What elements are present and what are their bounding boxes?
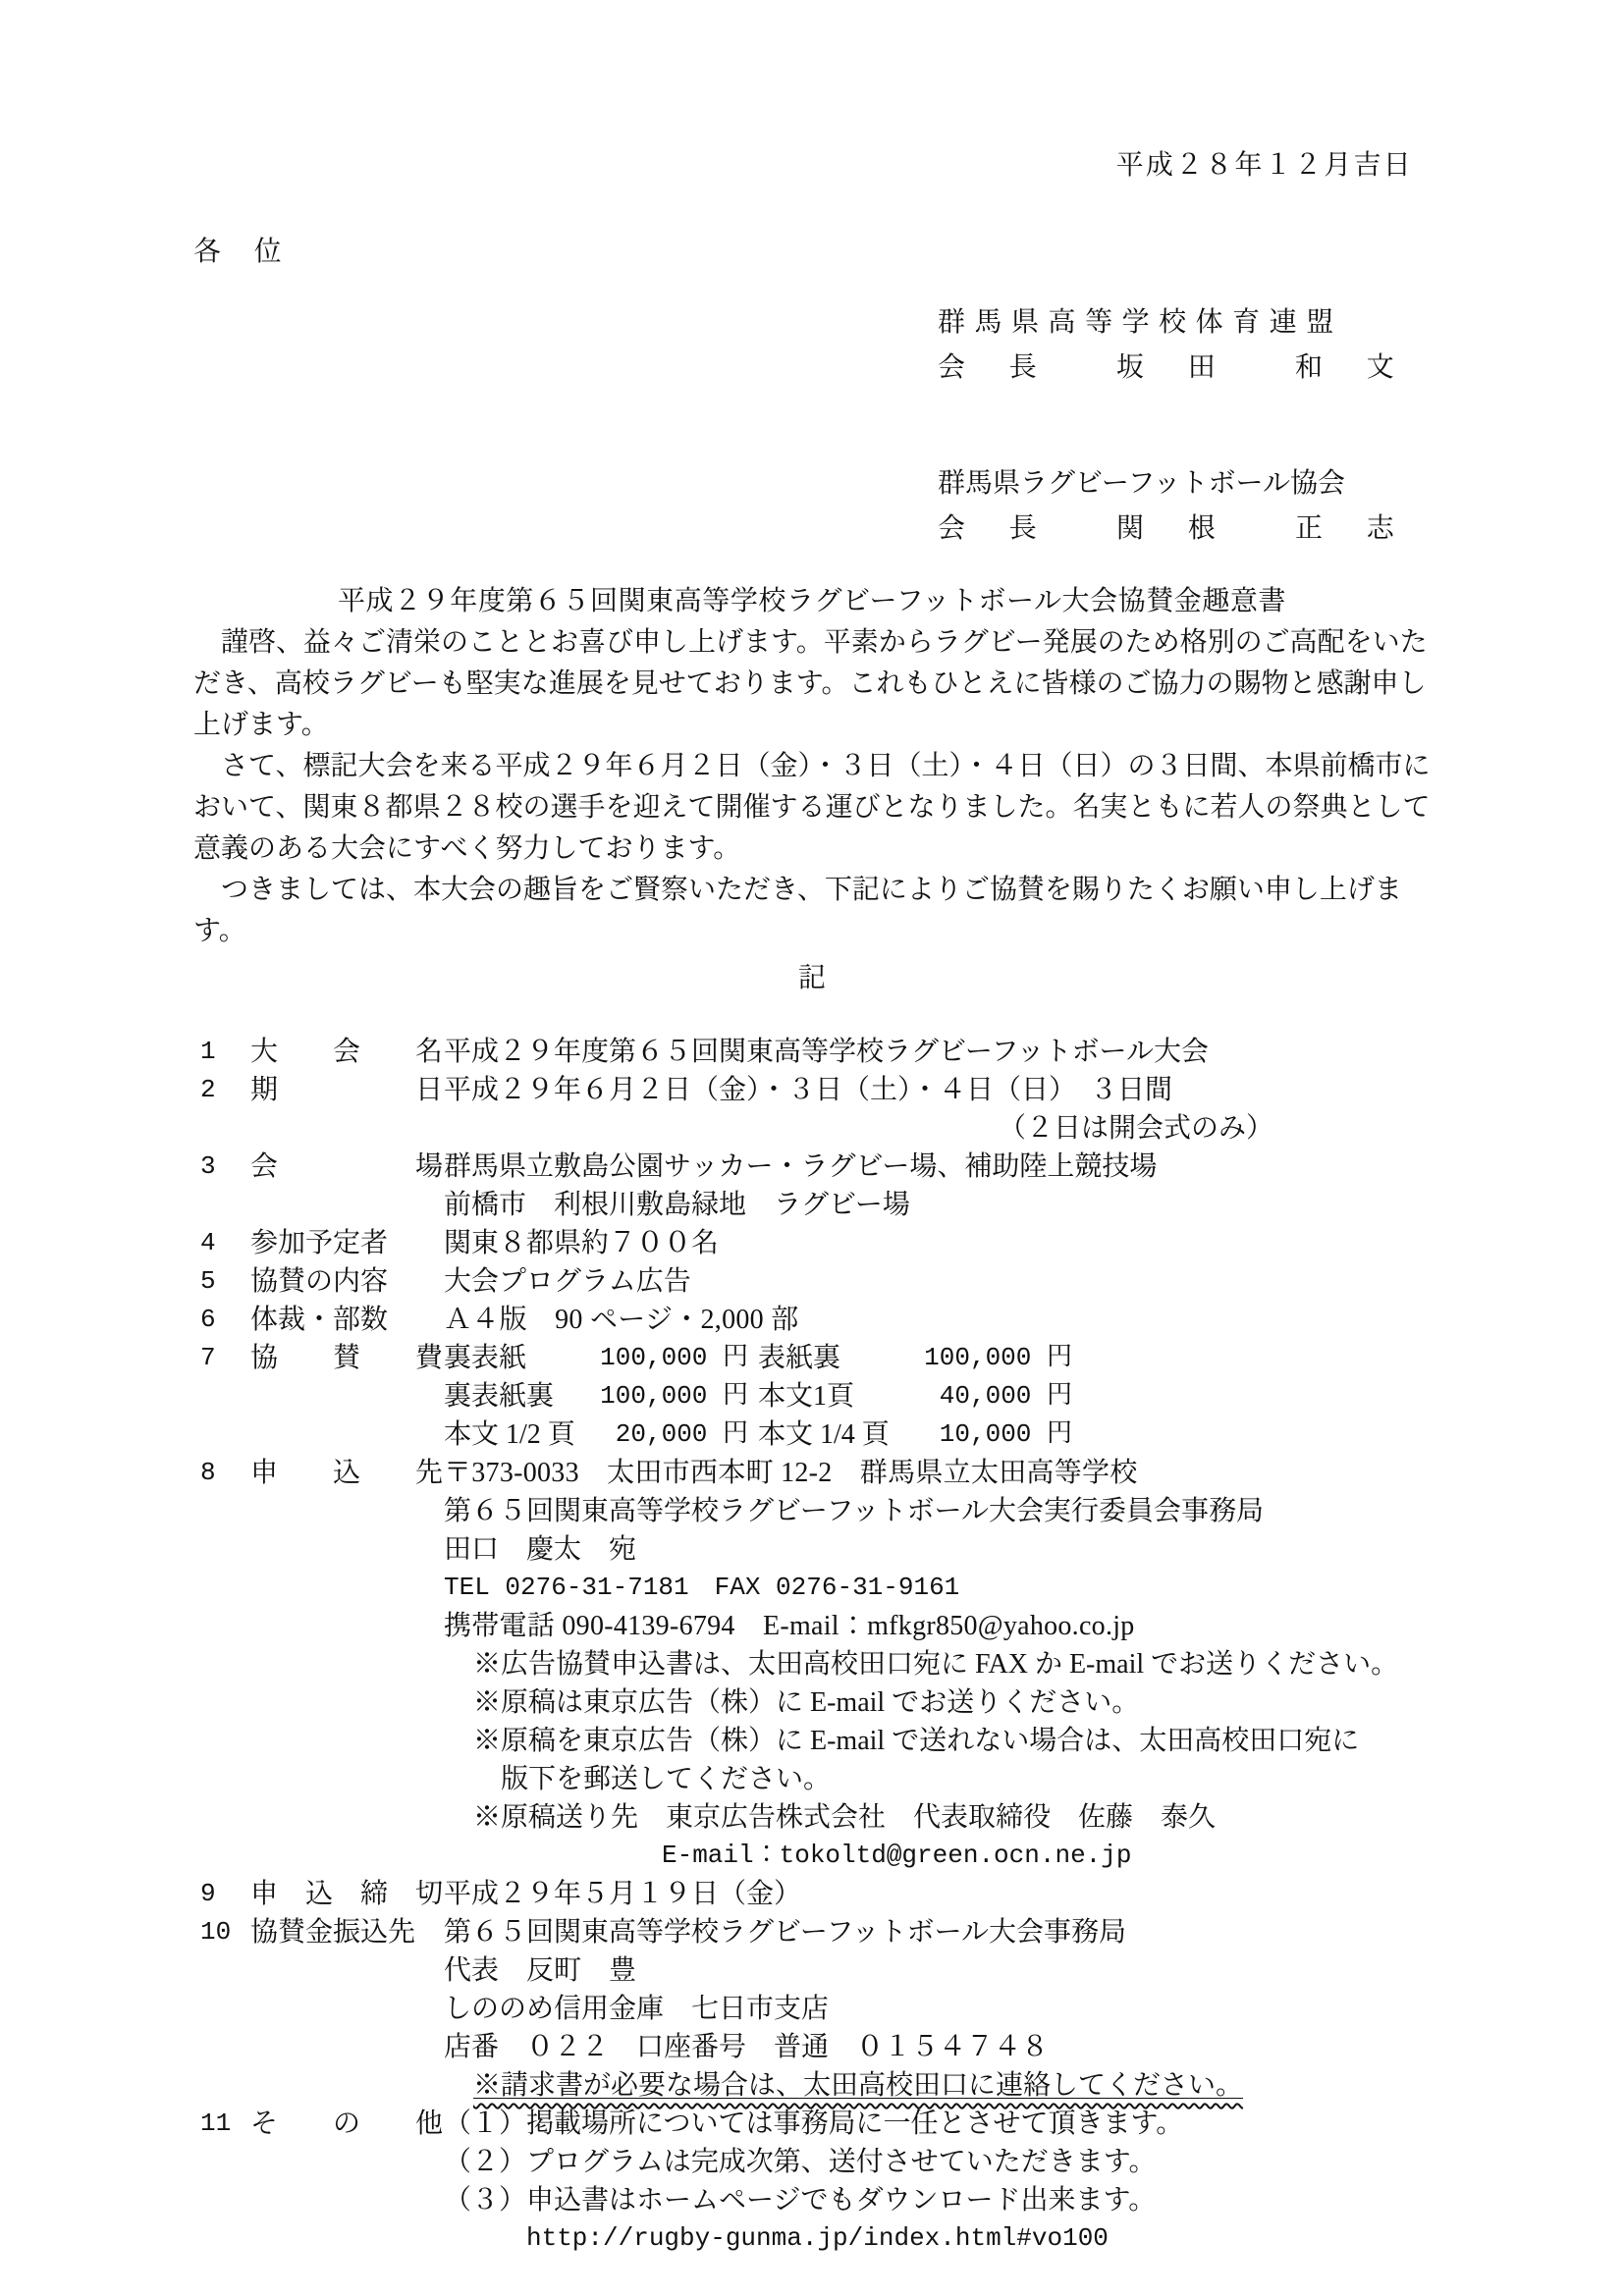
list-item-others: 11 そ の 他 （１）掲載場所については事務局に一任とさせて頂きます。 （２）…	[193, 2105, 1431, 2258]
item-value: Ａ４版 90 ページ・2,000 部	[444, 1301, 1431, 1339]
item-number: 9	[193, 1875, 250, 1913]
note-manuscript-destination: ※原稿送り先 東京広告株式会社 代表取締役 佐藤 泰久	[444, 1798, 1431, 1837]
postal-address: 〒373-0033 太田市西本町 12-2 群馬県立太田高等学校	[444, 1454, 1431, 1492]
fee-amount: 10,000 円	[915, 1415, 1072, 1454]
transfer-office-name: 第６５回関東高等学校ラグビーフットボール大会事務局	[444, 1913, 1431, 1951]
item-number: 2	[193, 1071, 250, 1148]
fee-label: 裏表紙裏	[444, 1377, 591, 1415]
paragraph-greeting: 謹啓、益々ご清栄のこととお喜び申し上げます。平素からラグビー発展のため格別のご高…	[193, 622, 1431, 746]
item-value: 大会プログラム広告	[444, 1262, 1431, 1301]
sender2-organization: 群馬県ラグビーフットボール協会	[938, 461, 1431, 507]
body-paragraphs: 謹啓、益々ご清栄のこととお喜び申し上げます。平素からラグビー発展のため格別のご高…	[193, 622, 1431, 952]
note-application-form: ※広告協賛申込書は、太田高校田口宛に FAX か E-mail でお送りください…	[444, 1645, 1431, 1683]
list-item-sponsorship-fees: 7 協 賛 費 裏表紙 100,000 円 表紙裏 100,000 円 裏表紙裏…	[193, 1339, 1431, 1454]
other-note-program-delivery: （２）プログラムは完成次第、送付させていただきます。	[444, 2143, 1431, 2181]
document-date: 平成２８年１２月吉日	[193, 147, 1431, 185]
record-marker: 記	[193, 960, 1431, 997]
sender-block-athletic-federation: 群馬県高等学校体育連盟 会 長 坂 田 和 文	[938, 300, 1431, 391]
item-number: 7	[193, 1339, 250, 1454]
item-label: 申 込 締 切	[250, 1875, 444, 1913]
fee-label: 裏表紙	[444, 1339, 591, 1377]
paragraph-request: つきましては、本大会の趣旨をご賢察いただき、下記によりご協賛を賜りたくお願い申し…	[193, 870, 1431, 952]
fee-label: 表紙裏	[748, 1339, 915, 1377]
list-item-venue: 3 会 場 群馬県立敷島公園サッカー・ラグビー場、補助陸上競技場 前橋市 利根川…	[193, 1148, 1431, 1224]
item-label: 協賛の内容	[250, 1262, 444, 1301]
items-list: 1 大 会 名 平成２９年度第６５回関東高等学校ラグビーフットボール大会 2 期…	[193, 1033, 1431, 2258]
list-item-format-copies: 6 体裁・部数 Ａ４版 90 ページ・2,000 部	[193, 1301, 1431, 1339]
item-value: 関東８都県約７００名	[444, 1224, 1431, 1262]
document-page: 平成２８年１２月吉日 各 位 群馬県高等学校体育連盟 会 長 坂 田 和 文 群…	[0, 0, 1624, 2296]
item-number: 5	[193, 1262, 250, 1301]
mobile-and-email: 携帯電話 090-4139-6794 E-mail：mfkgr850@yahoo…	[444, 1607, 1431, 1645]
fee-label: 本文 1/4 頁	[748, 1415, 915, 1454]
item-label: 期 日	[250, 1071, 444, 1148]
note-manuscript-mail-alt-cont: 版下を郵送してください。	[444, 1760, 1431, 1798]
item-label: そ の 他	[250, 2105, 444, 2258]
note-invoice-text: ※請求書が必要な場合は、太田高校田口に連絡してください。	[473, 2070, 1243, 2101]
bank-branch: しののめ信用金庫 七日市支店	[444, 1990, 1431, 2028]
sender2-president: 会 長 関 根 正 志	[938, 507, 1431, 552]
item-number: 10	[193, 1913, 250, 2105]
item-number: 4	[193, 1224, 250, 1262]
list-item-application-address: 8 申 込 先 〒373-0033 太田市西本町 12-2 群馬県立太田高等学校…	[193, 1454, 1431, 1875]
item-number: 6	[193, 1301, 250, 1339]
fee-table: 裏表紙 100,000 円 表紙裏 100,000 円 裏表紙裏 100,000…	[444, 1339, 1431, 1454]
tokyo-koukoku-email: E-mail：tokoltd@green.ocn.ne.jp	[444, 1837, 1431, 1875]
account-number: 店番 ０２２ 口座番号 普通 ０１５４７４８	[444, 2028, 1431, 2066]
fee-amount: 40,000 円	[915, 1377, 1072, 1415]
item-number: 1	[193, 1033, 250, 1071]
item-label: 申 込 先	[250, 1454, 444, 1875]
item-label: 参加予定者	[250, 1224, 444, 1262]
list-item-tournament-name: 1 大 会 名 平成２９年度第６５回関東高等学校ラグビーフットボール大会	[193, 1033, 1431, 1071]
fee-label: 本文 1/2 頁	[444, 1415, 591, 1454]
list-item-participants: 4 参加予定者 関東８都県約７００名	[193, 1224, 1431, 1262]
homepage-url: http://rugby-gunma.jp/index.html#vo100	[444, 2219, 1431, 2258]
paragraph-event-outline: さて、標記大会を来る平成２９年６月２日（金）・３日（土）・４日（日）の３日間、本…	[193, 746, 1431, 870]
document-title: 平成２９年度第６５回関東高等学校ラグビーフットボール大会協賛金趣意書	[193, 583, 1431, 620]
list-item-sponsorship-content: 5 協賛の内容 大会プログラム広告	[193, 1262, 1431, 1301]
note-invoice: ※請求書が必要な場合は、太田高校田口に連絡してください。	[444, 2066, 1431, 2105]
sender1-president: 会 長 坂 田 和 文	[938, 346, 1431, 391]
fee-row-back-cover: 裏表紙 100,000 円 表紙裏 100,000 円	[444, 1339, 1431, 1377]
list-item-bank-transfer: 10 協賛金振込先 第６５回関東高等学校ラグビーフットボール大会事務局 代表 反…	[193, 1913, 1431, 2105]
item-label: 協 賛 費	[250, 1339, 444, 1454]
tel-fax-numbers: TEL 0276-31-7181 FAX 0276-31-9161	[444, 1569, 1431, 1607]
list-item-dates: 2 期 日 平成２９年６月２日（金）・３日（土）・４日（日） ３日間 （２日は開…	[193, 1071, 1431, 1148]
note-manuscript-email: ※原稿は東京広告（株）に E-mail でお送りください。	[444, 1683, 1431, 1722]
sender-block-rugby-association: 群馬県ラグビーフットボール協会 会 長 関 根 正 志	[938, 461, 1431, 552]
other-note-download: （３）申込書はホームページでもダウンロード出来ます。	[444, 2181, 1431, 2219]
item-value: 平成２９年度第６５回関東高等学校ラグビーフットボール大会	[444, 1033, 1431, 1071]
item-number: 11	[193, 2105, 250, 2258]
item-label: 会 場	[250, 1148, 444, 1224]
list-item-application-deadline: 9 申 込 締 切 平成２９年５月１９日（金）	[193, 1875, 1431, 1913]
item-number: 8	[193, 1454, 250, 1875]
item-value-line2: 前橋市 利根川敷島緑地 ラグビー場	[444, 1186, 1431, 1224]
fee-label: 本文1頁	[748, 1377, 915, 1415]
item-value: 平成２９年６月２日（金）・３日（土）・４日（日） ３日間	[444, 1071, 1431, 1109]
fee-amount: 100,000 円	[591, 1377, 748, 1415]
representative-name: 代表 反町 豊	[444, 1951, 1431, 1990]
fee-amount: 100,000 円	[591, 1339, 748, 1377]
item-value-note: （２日は開会式のみ）	[444, 1109, 1431, 1148]
item-label: 大 会 名	[250, 1033, 444, 1071]
other-note-placement: （１）掲載場所については事務局に一任とさせて頂きます。	[444, 2105, 1431, 2143]
item-value: 群馬県立敷島公園サッカー・ラグビー場、補助陸上競技場	[444, 1148, 1431, 1186]
item-number: 3	[193, 1148, 250, 1224]
fee-amount: 20,000 円	[591, 1415, 748, 1454]
fee-row-inside-covers: 裏表紙裏 100,000 円 本文1頁 40,000 円	[444, 1377, 1431, 1415]
fee-row-body-pages: 本文 1/2 頁 20,000 円 本文 1/4 頁 10,000 円	[444, 1415, 1431, 1454]
item-label: 体裁・部数	[250, 1301, 444, 1339]
sender1-organization: 群馬県高等学校体育連盟	[938, 300, 1431, 346]
item-label: 協賛金振込先	[250, 1913, 444, 2105]
salutation: 各 位	[193, 234, 1431, 271]
fee-amount: 100,000 円	[915, 1339, 1072, 1377]
committee-office: 第６５回関東高等学校ラグビーフットボール大会実行委員会事務局	[444, 1492, 1431, 1530]
addressee-name: 田口 慶太 宛	[444, 1530, 1431, 1569]
note-manuscript-mail-alt: ※原稿を東京広告（株）に E-mail で送れない場合は、太田高校田口宛に	[444, 1722, 1431, 1760]
item-value: 平成２９年５月１９日（金）	[444, 1875, 1431, 1913]
